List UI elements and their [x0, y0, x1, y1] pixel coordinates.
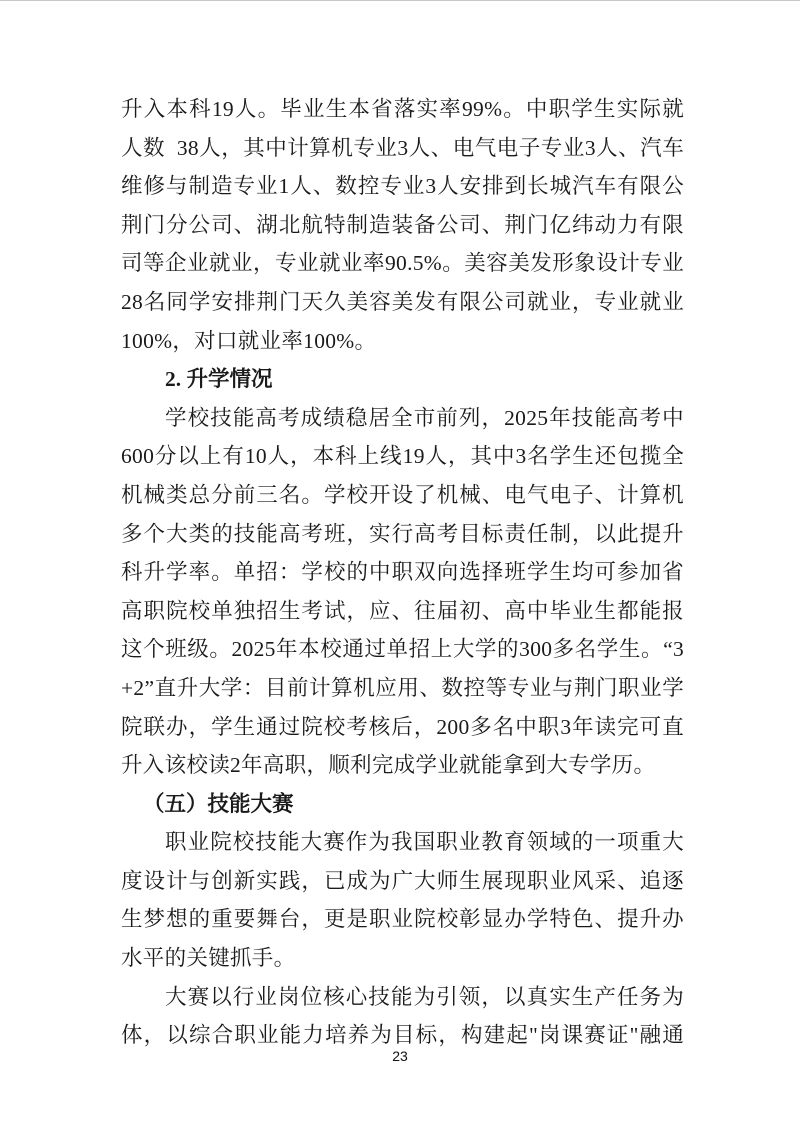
text-line: 这个班级。2025年本校通过单招上大学的300多名学生。“3: [121, 630, 684, 669]
text-line: 院联办，学生通过院校考核后，200多名中职3年读完可直接: [121, 708, 684, 747]
page-number: 23: [0, 1048, 800, 1064]
text-line: 维修与制造专业1人、数控专业3人安排到长城汽车有限公司: [121, 167, 684, 206]
text-line: 科升学率。单招：学校的中职双向选择班学生均可参加省内: [121, 553, 684, 592]
text-line: 度设计与创新实践，已成为广大师生展现职业风采、追逐人: [121, 862, 684, 901]
text-line: 多个大类的技能高考班，实行高考目标责任制，以此提升本: [121, 515, 684, 554]
text-line: 升入本科19人。毕业生本省落实率99%。中职学生实际就业: [121, 90, 684, 129]
text-line: 司等企业就业，专业就业率90.5%。美容美发形象设计专业: [121, 244, 684, 283]
text-line: 学校技能高考成绩稳居全市前列，2025年技能高考中: [121, 399, 684, 438]
text-line: 生梦想的重要舞台，更是职业院校彰显办学特色、提升办学: [121, 900, 684, 939]
text-line: 大赛以行业岗位核心技能为引领，以真实生产任务为载: [121, 978, 684, 1017]
document-body: 升入本科19人。毕业生本省落实率99%。中职学生实际就业 人数 38人，其中计算…: [121, 90, 684, 1055]
text-line: 600分以上有10人，本科上线19人，其中3名学生还包揽全省: [121, 437, 684, 476]
text-line: 28名同学安排荆门天久美容美发有限公司就业，专业就业率: [121, 283, 684, 322]
text-line: 100%，对口就业率100%。: [121, 322, 684, 361]
text-line: 职业院校技能大赛作为我国职业教育领域的一项重大制: [121, 823, 684, 862]
text-line: 荆门分公司、湖北航特制造装备公司、荆门亿纬动力有限公: [121, 206, 684, 245]
text-line: 升入该校读2年高职，顺利完成学业就能拿到大专学历。: [121, 746, 684, 785]
text-line: 高职院校单独招生考试，应、往届初、高中毕业生都能报考: [121, 592, 684, 631]
text-line: +2”直升大学：目前计算机应用、数控等专业与荆门职业学: [121, 669, 684, 708]
document-page: 升入本科19人。毕业生本省落实率99%。中职学生实际就业 人数 38人，其中计算…: [0, 0, 800, 1131]
text-line: 水平的关键抓手。: [121, 939, 684, 978]
section-heading-skills-competition: （五）技能大赛: [121, 785, 684, 824]
text-line: 机械类总分前三名。学校开设了机械、电气电子、计算机等: [121, 476, 684, 515]
text-line: 人数 38人，其中计算机专业3人、电气电子专业3人、汽车: [121, 129, 684, 168]
page-top-edge: [0, 0, 800, 1]
section-heading-enrollment: 2. 升学情况: [121, 360, 684, 399]
